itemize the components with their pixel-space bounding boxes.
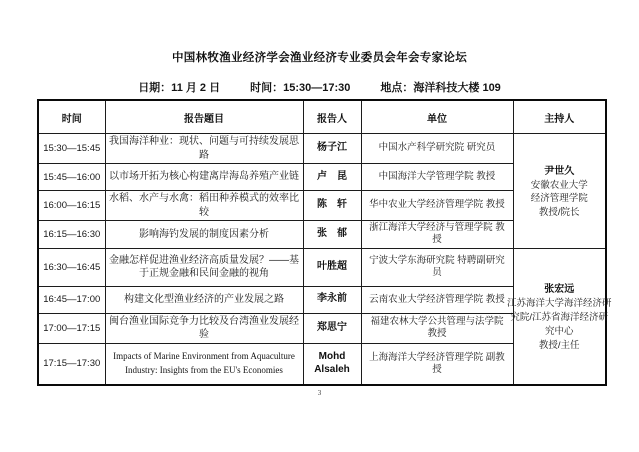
host-title-line: 教授/主任 xyxy=(517,339,603,353)
cell-affiliation: 华中农业大学经济管理学院 教授 xyxy=(361,191,513,221)
cell-topic: 闽台渔业国际竞争力比较及台湾渔业发展经验 xyxy=(105,313,303,343)
cell-topic: 以市场开拓为核心构建离岸海岛养殖产业链 xyxy=(105,164,303,191)
cell-time: 16:00—16:15 xyxy=(38,191,105,221)
cell-speaker: 卢 昆 xyxy=(303,164,361,191)
header-topic: 报告题目 xyxy=(105,100,303,134)
header-affiliation: 单位 xyxy=(361,100,513,134)
header-speaker: 报告人 xyxy=(303,100,361,134)
cell-time: 17:15—17:30 xyxy=(38,343,105,385)
cell-speaker: 陈 轩 xyxy=(303,191,361,221)
cell-topic: 构建文化型渔业经济的产业发展之路 xyxy=(105,286,303,313)
cell-speaker: 张 郁 xyxy=(303,221,361,249)
host-affiliation-line: 安徽农业大学 xyxy=(517,179,603,193)
cell-time: 15:45—16:00 xyxy=(38,164,105,191)
header-time: 时间 xyxy=(38,100,105,134)
program-table: 时间 报告题目 报告人 单位 主持人 15:30—15:45 我国海洋种业：现状… xyxy=(37,99,607,386)
cell-speaker: 叶胜超 xyxy=(303,248,361,286)
host-title-line: 教授/院长 xyxy=(517,206,603,220)
cell-affiliation: 中国水产科学研究院 研究员 xyxy=(361,134,513,164)
cell-time: 16:45—17:00 xyxy=(38,286,105,313)
host-affiliation-line: 江苏海洋大学海洋经济研究院/江苏省海洋经济研究中心 xyxy=(507,297,613,338)
document-page: 中国林牧渔业经济学会渔业经济专业委员会年会专家论坛 日期：11 月 2 日 时间… xyxy=(0,0,639,452)
page-number: 3 xyxy=(0,389,639,397)
table-row: 16:30—16:45 金融怎样促进渔业经济高质量发展？——基于正规金融和民间金… xyxy=(38,248,606,286)
cell-topic: 金融怎样促进渔业经济高质量发展？——基于正规金融和民间金融的视角 xyxy=(105,248,303,286)
cell-affiliation: 上海海洋大学经济管理学院 副教授 xyxy=(361,343,513,385)
host-name: 张宏远 xyxy=(517,280,603,295)
table-header-row: 时间 报告题目 报告人 单位 主持人 xyxy=(38,100,606,134)
event-date: 日期：11 月 2 日 xyxy=(138,79,220,95)
cell-affiliation: 宁波大学东海研究院 特聘副研究员 xyxy=(361,248,513,286)
cell-topic: 水稻、水产与水禽：稻田种养模式的效率比较 xyxy=(105,191,303,221)
cell-speaker: Mohd Alsaleh xyxy=(303,343,361,385)
host-affiliation-line: 经济管理学院 xyxy=(517,192,603,206)
cell-time: 16:30—16:45 xyxy=(38,248,105,286)
cell-topic: 影响海钓发展的制度因素分析 xyxy=(105,221,303,249)
cell-time: 17:00—17:15 xyxy=(38,313,105,343)
cell-affiliation: 云南农业大学经济管理学院 教授 xyxy=(361,286,513,313)
event-venue: 地点：海洋科技大楼 109 xyxy=(380,79,500,95)
cell-affiliation: 福建农林大学公共管理与法学院 教授 xyxy=(361,313,513,343)
event-meta: 日期：11 月 2 日 时间：15:30—17:30 地点：海洋科技大楼 109 xyxy=(0,79,639,95)
cell-speaker: 郑思宁 xyxy=(303,313,361,343)
host-name: 尹世久 xyxy=(517,162,603,177)
cell-topic: 我国海洋种业：现状、问题与可持续发展思路 xyxy=(105,134,303,164)
event-time: 时间：15:30—17:30 xyxy=(250,79,350,95)
host-block-2: 张宏远 江苏海洋大学海洋经济研究院/江苏省海洋经济研究中心 教授/主任 xyxy=(513,248,606,385)
header-host: 主持人 xyxy=(513,100,606,134)
cell-topic: Impacts of Marine Environment from Aquac… xyxy=(105,343,303,385)
table-row: 15:30—15:45 我国海洋种业：现状、问题与可持续发展思路 杨子江 中国水… xyxy=(38,134,606,164)
host-block-1: 尹世久 安徽农业大学 经济管理学院 教授/院长 xyxy=(513,134,606,249)
cell-time: 15:30—15:45 xyxy=(38,134,105,164)
page-title: 中国林牧渔业经济学会渔业经济专业委员会年会专家论坛 xyxy=(0,49,639,65)
cell-affiliation: 浙江海洋大学经济与管理学院 教授 xyxy=(361,221,513,249)
cell-speaker: 李永前 xyxy=(303,286,361,313)
cell-speaker: 杨子江 xyxy=(303,134,361,164)
cell-affiliation: 中国海洋大学管理学院 教授 xyxy=(361,164,513,191)
cell-time: 16:15—16:30 xyxy=(38,221,105,249)
